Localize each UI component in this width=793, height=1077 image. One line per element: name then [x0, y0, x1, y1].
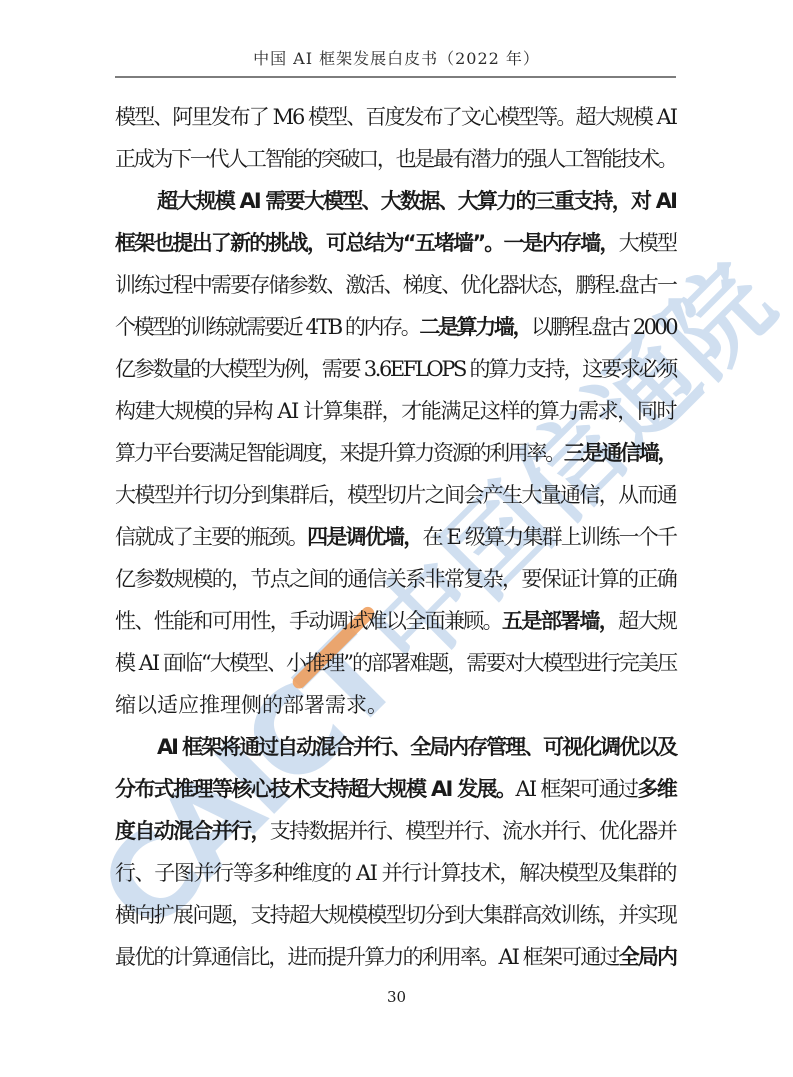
- bold-text-segment: 全局内: [619, 945, 676, 969]
- bold-text-segment: 五是部署墙，: [502, 609, 618, 633]
- text-segment: 亿参数量的大模型为例，需要 3.6EFLOPS 的算力支持，这要求必须: [115, 357, 676, 381]
- text-line: 正成为下一代人工智能的突破口，也是最有潜力的强人工智能技术。: [115, 138, 676, 180]
- text-segment: 在 E 级算力集群上训练一个千: [422, 525, 676, 549]
- text-line: 亿参数量的大模型为例，需要 3.6EFLOPS 的算力支持，这要求必须: [115, 348, 676, 390]
- text-segment: 大模型并行切分到集群后，模型切片之间会产生大量通信，从而通: [115, 483, 676, 507]
- text-line: 大模型并行切分到集群后，模型切片之间会产生大量通信，从而通: [115, 474, 676, 516]
- text-line: 缩以适应推理侧的部署需求。: [115, 684, 676, 726]
- bold-text-segment: 多维: [637, 777, 676, 801]
- text-line: 模 AI 面临“大模型、小推理”的部署难题，需要对大模型进行完美压: [115, 642, 676, 684]
- text-line: 亿参数规模的，节点之间的通信关系非常复杂，要保证计算的正确: [115, 558, 676, 600]
- text-segment: 模 AI 面临“大模型、小推理”的部署难题，需要对大模型进行完美压: [115, 651, 676, 675]
- text-line: 算力平台要满足智能调度，来提升算力资源的利用率。三是通信墙，: [115, 432, 676, 474]
- bold-text-segment: AI 框架将通过自动混合并行、全局内存管理、可视化调优以及: [157, 735, 676, 759]
- text-line: 模型、阿里发布了 M6 模型、百度发布了文心模型等。超大规模 AI: [115, 96, 676, 138]
- text-line: 度自动混合并行，支持数据并行、模型并行、流水并行、优化器并: [115, 810, 676, 852]
- text-segment: 以鹏程.盘古 2000: [531, 315, 676, 339]
- bold-text-segment: 二是算力墙，: [419, 315, 531, 339]
- text-line: 行、子图并行等多种维度的 AI 并行计算技术，解决模型及集群的: [115, 852, 676, 894]
- text-segment: 缩以适应推理侧的部署需求。: [115, 693, 388, 717]
- bold-text-segment: 三是通信墙，: [564, 441, 676, 465]
- bold-text-segment: 度自动混合并行，: [115, 819, 270, 843]
- text-line: 信就成了主要的瓶颈。四是调优墙，在 E 级算力集群上训练一个千: [115, 516, 676, 558]
- text-line: 构建大规模的异构 AI 计算集群，才能满足这样的算力需求，同时: [115, 390, 676, 432]
- text-segment: 性、性能和可用性，手动调试难以全面兼顾。: [115, 609, 502, 633]
- bold-text-segment: 框架也提出了新的挑战，可总结为“五堵墙”。一是内存墙，: [115, 231, 619, 255]
- body-text: 模型、阿里发布了 M6 模型、百度发布了文心模型等。超大规模 AI正成为下一代人…: [115, 96, 676, 978]
- text-segment: 算力平台要满足智能调度，来提升算力资源的利用率。: [115, 441, 564, 465]
- text-line: 训练过程中需要存储参数、激活、梯度、优化器状态，鹏程.盘古一: [115, 264, 676, 306]
- text-segment: 超大规: [618, 609, 676, 633]
- text-line: 框架也提出了新的挑战，可总结为“五堵墙”。一是内存墙，大模型: [115, 222, 676, 264]
- text-line: 分布式推理等核心技术支持超大规模 AI 发展。AI 框架可通过多维: [115, 768, 676, 810]
- text-segment: 训练过程中需要存储参数、激活、梯度、优化器状态，鹏程.盘古一: [115, 273, 676, 297]
- text-line: 超大规模 AI 需要大模型、大数据、大算力的三重支持，对 AI: [115, 180, 676, 222]
- text-segment: 信就成了主要的瓶颈。: [115, 525, 307, 549]
- text-segment: 大模型: [619, 231, 676, 255]
- text-line: 最优的计算通信比，进而提升算力的利用率。AI 框架可通过全局内: [115, 936, 676, 978]
- text-segment: 亿参数规模的，节点之间的通信关系非常复杂，要保证计算的正确: [115, 567, 676, 591]
- text-segment: 横向扩展问题，支持超大规模模型切分到大集群高效训练，并实现: [115, 903, 676, 927]
- bold-text-segment: 四是调优墙，: [307, 525, 422, 549]
- text-line: AI 框架将通过自动混合并行、全局内存管理、可视化调优以及: [115, 726, 676, 768]
- text-segment: 支持数据并行、模型并行、流水并行、优化器并: [270, 819, 676, 843]
- page-number: 30: [0, 988, 793, 1006]
- page-header-title: 中国 AI 框架发展白皮书（2022 年）: [0, 46, 793, 69]
- text-segment: 行、子图并行等多种维度的 AI 并行计算技术，解决模型及集群的: [115, 861, 676, 885]
- text-line: 性、性能和可用性，手动调试难以全面兼顾。五是部署墙，超大规: [115, 600, 676, 642]
- text-line: 个模型的训练就需要近 4TB 的内存。二是算力墙，以鹏程.盘古 2000: [115, 306, 676, 348]
- text-segment: 模型、阿里发布了 M6 模型、百度发布了文心模型等。超大规模 AI: [115, 105, 676, 129]
- header-divider: [115, 76, 676, 78]
- document-page: CAICT中国信通院 中国 AI 框架发展白皮书（2022 年） 模型、阿里发布…: [0, 0, 793, 1077]
- text-line: 横向扩展问题，支持超大规模模型切分到大集群高效训练，并实现: [115, 894, 676, 936]
- page-content: 中国 AI 框架发展白皮书（2022 年） 模型、阿里发布了 M6 模型、百度发…: [0, 0, 793, 1077]
- bold-text-segment: 分布式推理等核心技术支持超大规模 AI 发展。: [115, 777, 515, 801]
- text-segment: 个模型的训练就需要近 4TB 的内存。: [115, 315, 419, 339]
- text-segment: AI 框架可通过: [515, 777, 637, 801]
- text-segment: 最优的计算通信比，进而提升算力的利用率。AI 框架可通过: [115, 945, 619, 969]
- bold-text-segment: 超大规模 AI 需要大模型、大数据、大算力的三重支持，对 AI: [157, 189, 676, 213]
- text-segment: 构建大规模的异构 AI 计算集群，才能满足这样的算力需求，同时: [115, 399, 676, 423]
- text-segment: 正成为下一代人工智能的突破口，也是最有潜力的强人工智能技术。: [115, 147, 676, 171]
